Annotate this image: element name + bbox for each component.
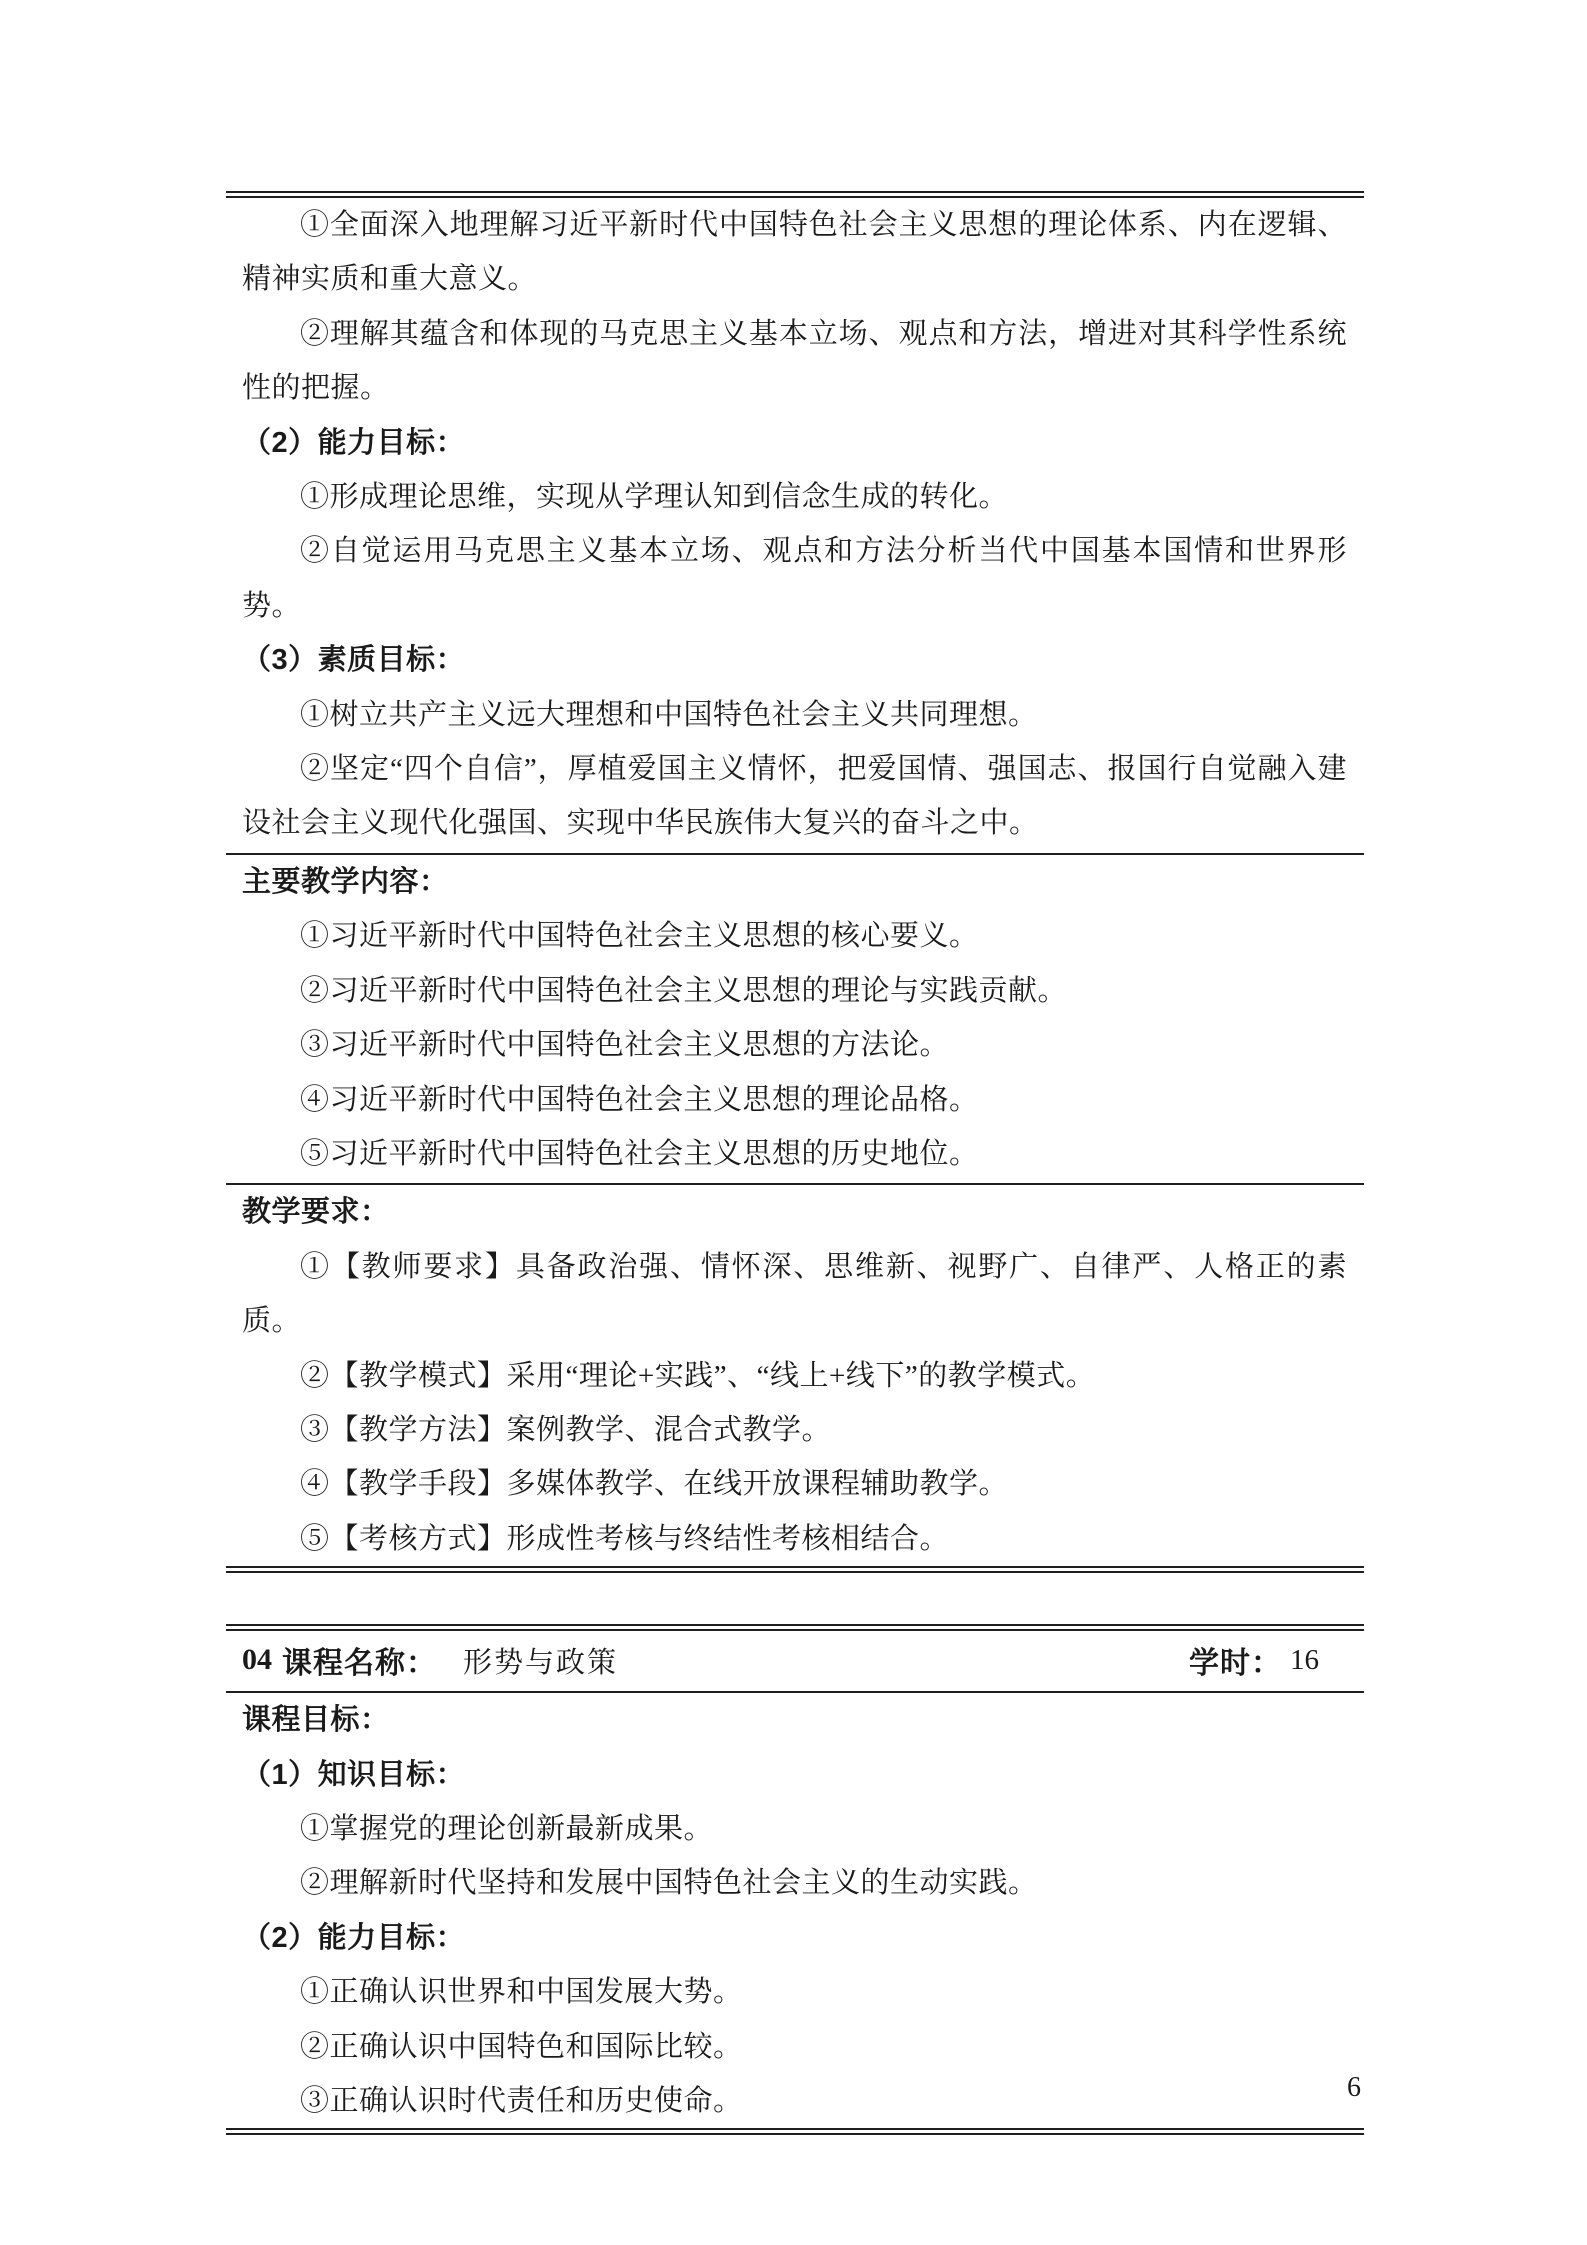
list-item: ①习近平新时代中国特色社会主义思想的核心要义。 — [242, 909, 1347, 963]
hours-label: 学时： — [1189, 1638, 1282, 1682]
ability-objectives-heading: （2）能力目标： — [242, 416, 1347, 470]
page-content: ①全面深入地理解习近平新时代中国特色社会主义思想的理论体系、内在逻辑、精神实质和… — [226, 191, 1364, 2135]
knowledge-objectives-heading: （1）知识目标： — [242, 1748, 1347, 1802]
list-item: ①掌握党的理论创新最新成果。 — [242, 1802, 1347, 1856]
list-item: ①【教师要求】具备政治强、情怀深、思维新、视野广、自律严、人格正的素质。 — [242, 1240, 1347, 1349]
list-item: ②习近平新时代中国特色社会主义思想的理论与实践贡献。 — [242, 964, 1347, 1018]
quality-objectives-heading: （3）素质目标： — [242, 633, 1347, 687]
document-page: ①全面深入地理解习近平新时代中国特色社会主义思想的理论体系、内在逻辑、精神实质和… — [0, 0, 1587, 2245]
course-03-section: ①全面深入地理解习近平新时代中国特色社会主义思想的理论体系、内在逻辑、精神实质和… — [226, 191, 1364, 1573]
teaching-requirements-heading: 教学要求： — [242, 1185, 1347, 1239]
list-item: ③正确认识时代责任和历史使命。 — [242, 2074, 1347, 2128]
list-item: ④习近平新时代中国特色社会主义思想的理论品格。 — [242, 1073, 1347, 1127]
paragraph: ②自觉运用马克思主义基本立场、观点和方法分析当代中国基本国情和世界形势。 — [242, 524, 1347, 633]
list-item: ②理解新时代坚持和发展中国特色社会主义的生动实践。 — [242, 1856, 1347, 1910]
course-objectives-heading: 课程目标： — [242, 1693, 1347, 1747]
list-item: ①正确认识世界和中国发展大势。 — [242, 1965, 1347, 2019]
teaching-content-heading: 主要教学内容： — [242, 855, 1347, 909]
page-number: 6 — [1347, 2072, 1361, 2104]
list-item: ⑤习近平新时代中国特色社会主义思想的历史地位。 — [242, 1127, 1347, 1181]
paragraph: ②坚定“四个自信”，厚植爱国主义情怀，把爱国情、强国志、报国行自觉融入建设社会主… — [242, 742, 1347, 851]
course-number: 04 — [242, 1643, 272, 1677]
hours-value: 16 — [1290, 1644, 1319, 1677]
course-name-value: 形势与政策 — [463, 1640, 618, 1681]
list-item: ②【教学模式】采用“理论+实践”、“线上+线下”的教学模式。 — [242, 1349, 1347, 1403]
paragraph: ①全面深入地理解习近平新时代中国特色社会主义思想的理论体系、内在逻辑、精神实质和… — [242, 198, 1347, 307]
paragraph: ①形成理论思维，实现从学理认知到信念生成的转化。 — [242, 470, 1347, 524]
paragraph: ②理解其蕴含和体现的马克思主义基本立场、观点和方法，增进对其科学性系统性的把握。 — [242, 307, 1347, 416]
ability-objectives-heading: （2）能力目标： — [242, 1911, 1347, 1965]
list-item: ④【教学手段】多媒体教学、在线开放课程辅助教学。 — [242, 1457, 1347, 1511]
list-item: ⑤【考核方式】形成性考核与终结性考核相结合。 — [242, 1512, 1347, 1566]
paragraph: ①树立共产主义远大理想和中国特色社会主义共同理想。 — [242, 688, 1347, 742]
list-item: ③【教学方法】案例教学、混合式教学。 — [242, 1403, 1347, 1457]
course-name-label: 课程名称： — [282, 1638, 437, 1682]
list-item: ②正确认识中国特色和国际比较。 — [242, 2020, 1347, 2074]
course-header-row: 04 课程名称： 形势与政策 学时： 16 — [242, 1631, 1347, 1689]
course-04-section: 04 课程名称： 形势与政策 学时： 16 课程目标： （1）知识目标： ①掌握… — [226, 1624, 1364, 2135]
list-item: ③习近平新时代中国特色社会主义思想的方法论。 — [242, 1018, 1347, 1072]
